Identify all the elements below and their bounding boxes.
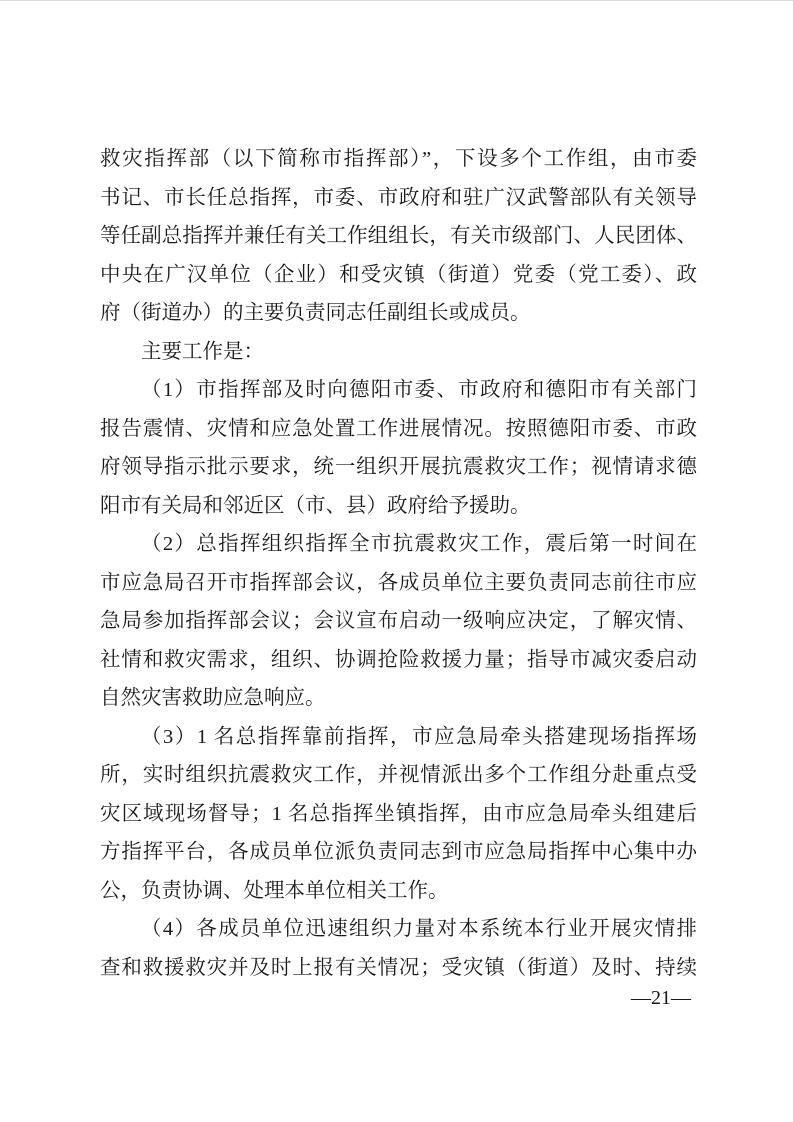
text-line: 府（街道办）的主要负责同志任副组长或成员。: [100, 294, 697, 333]
text-line: 社情和救灾需求，组织、协调抢险救援力量；指导市减灾委启动: [100, 641, 697, 680]
scan-edge-line: [0, 0, 793, 1]
text-line: 书记、市长任总指挥，市委、市政府和驻广汉武警部队有关领导: [100, 179, 697, 218]
text-line: 方指挥平台，各成员单位派负责同志到市应急局指挥中心集中办: [100, 833, 697, 872]
text-line: 等任副总指挥并兼任有关工作组组长，有关市级部门、人民团体、: [100, 217, 697, 256]
text-line: 阳市有关局和邻近区（市、县）政府给予援助。: [100, 487, 697, 526]
text-line: 灾区域现场督导；1 名总指挥坐镇指挥，由市应急局牵头组建后: [100, 795, 697, 834]
text-line: （3）1 名总指挥靠前指挥，市应急局牵头搭建现场指挥场: [100, 718, 697, 757]
text-line: 中央在广汉单位（企业）和受灾镇（街道）党委（党工委）、政: [100, 256, 697, 295]
text-line: 自然灾害救助应急响应。: [100, 679, 697, 718]
text-line: 府领导指示批示要求，统一组织开展抗震救灾工作；视情请求德: [100, 448, 697, 487]
document-body: 救灾指挥部（以下简称市指挥部）”，下设多个工作组，由市委书记、市长任总指挥，市委…: [100, 140, 697, 987]
text-line: （4）各成员单位迅速组织力量对本系统本行业开展灾情排: [100, 910, 697, 949]
text-line: （1）市指挥部及时向德阳市委、市政府和德阳市有关部门: [100, 371, 697, 410]
text-line: 市应急局召开市指挥部会议，各成员单位主要负责同志前往市应: [100, 564, 697, 603]
page-number: —21—: [631, 985, 691, 1011]
text-line: （2）总指挥组织指挥全市抗震救灾工作，震后第一时间在: [100, 525, 697, 564]
text-line: 公，负责协调、处理本单位相关工作。: [100, 872, 697, 911]
text-line: 救灾指挥部（以下简称市指挥部）”，下设多个工作组，由市委: [100, 140, 697, 179]
text-line: 急局参加指挥部会议；会议宣布启动一级响应决定，了解灾情、: [100, 602, 697, 641]
text-line: 查和救援救灾并及时上报有关情况；受灾镇（街道）及时、持续: [100, 949, 697, 988]
document-page: 救灾指挥部（以下简称市指挥部）”，下设多个工作组，由市委书记、市长任总指挥，市委…: [0, 0, 793, 1122]
text-line: 报告震情、灾情和应急处置工作进展情况。按照德阳市委、市政: [100, 410, 697, 449]
text-line: 所，实时组织抗震救灾工作，并视情派出多个工作组分赴重点受: [100, 756, 697, 795]
text-line: 主要工作是：: [100, 333, 697, 372]
